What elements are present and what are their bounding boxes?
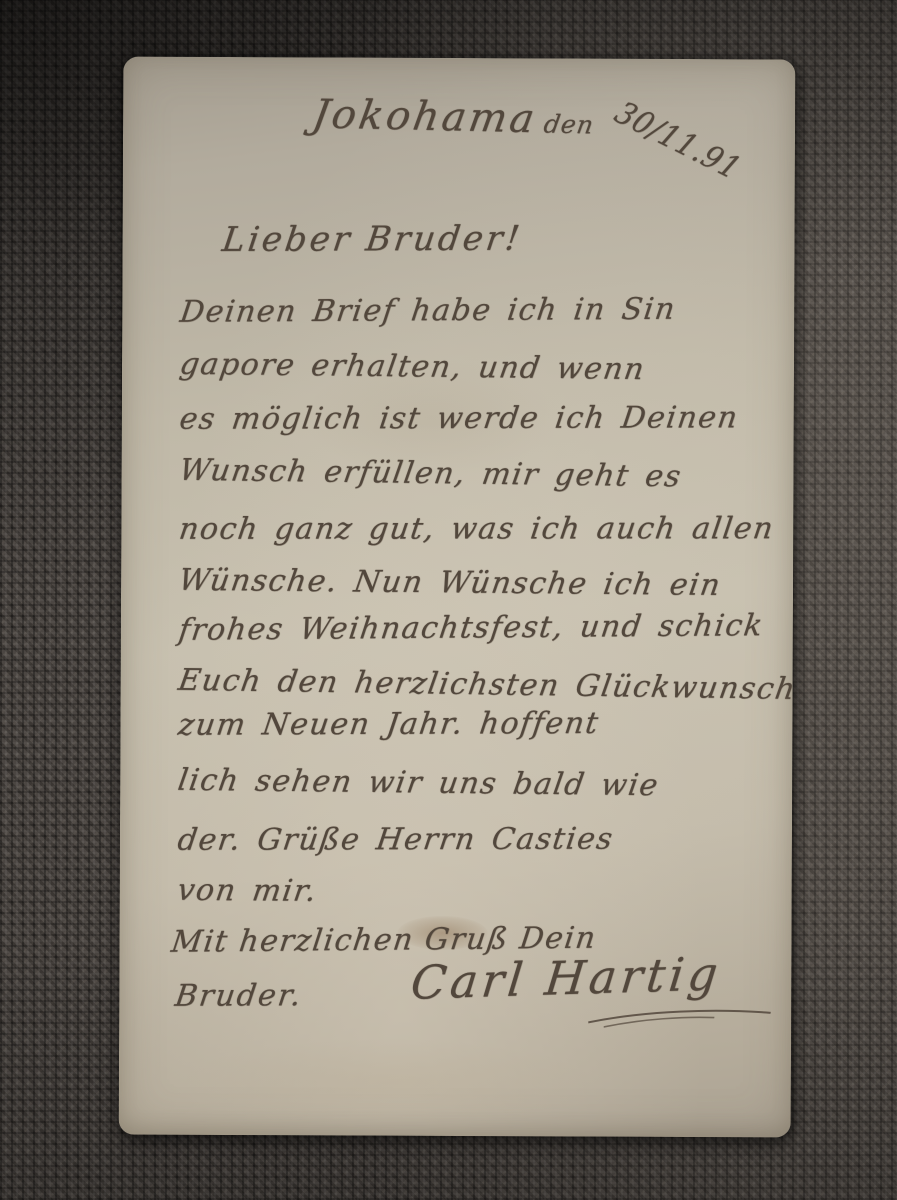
letter-line: von mir. (175, 873, 320, 909)
letter-card: Jokohamaden 30/11.91 Lieber Bruder! Dein… (119, 57, 796, 1138)
signature-name: Carl Hartig (408, 946, 724, 1010)
date-prefix: den (542, 109, 597, 139)
paper-mottle (179, 1037, 599, 1129)
letter-line: lich sehen wir uns bald wie (176, 763, 662, 803)
signature: Carl Hartig (408, 946, 724, 1010)
closing-line-2: Bruder. (173, 978, 305, 1014)
letter-line: Wünsche. Nun Wünsche ich ein (176, 563, 723, 603)
letter-line: Euch den herzlichsten Glückwunsch (176, 663, 799, 707)
letter-line: der. Grüße Herrn Casties (176, 822, 616, 858)
letter-place: Jokohama (309, 91, 540, 142)
letter-line: Wunsch erfüllen, mir geht es (177, 453, 684, 495)
letter-line: zum Neuen Jahr. hoffent (176, 706, 601, 743)
letter-line: noch ganz gut, was ich auch allen (177, 511, 777, 547)
letter-line: Deinen Brief habe ich in Sin (178, 292, 678, 330)
letter-line: gapore erhalten, und wenn (177, 347, 647, 387)
signature-flourish (583, 1003, 775, 1031)
salutation: Lieber Bruder! (220, 219, 525, 260)
letter-date: 30/11.91 (608, 95, 748, 187)
letter-line: frohes Weihnachtsfest, und schick (177, 608, 766, 648)
letter-dateline: Jokohamaden 30/11.91 (309, 91, 756, 146)
letter-line: es möglich ist werde ich Deinen (177, 400, 740, 436)
